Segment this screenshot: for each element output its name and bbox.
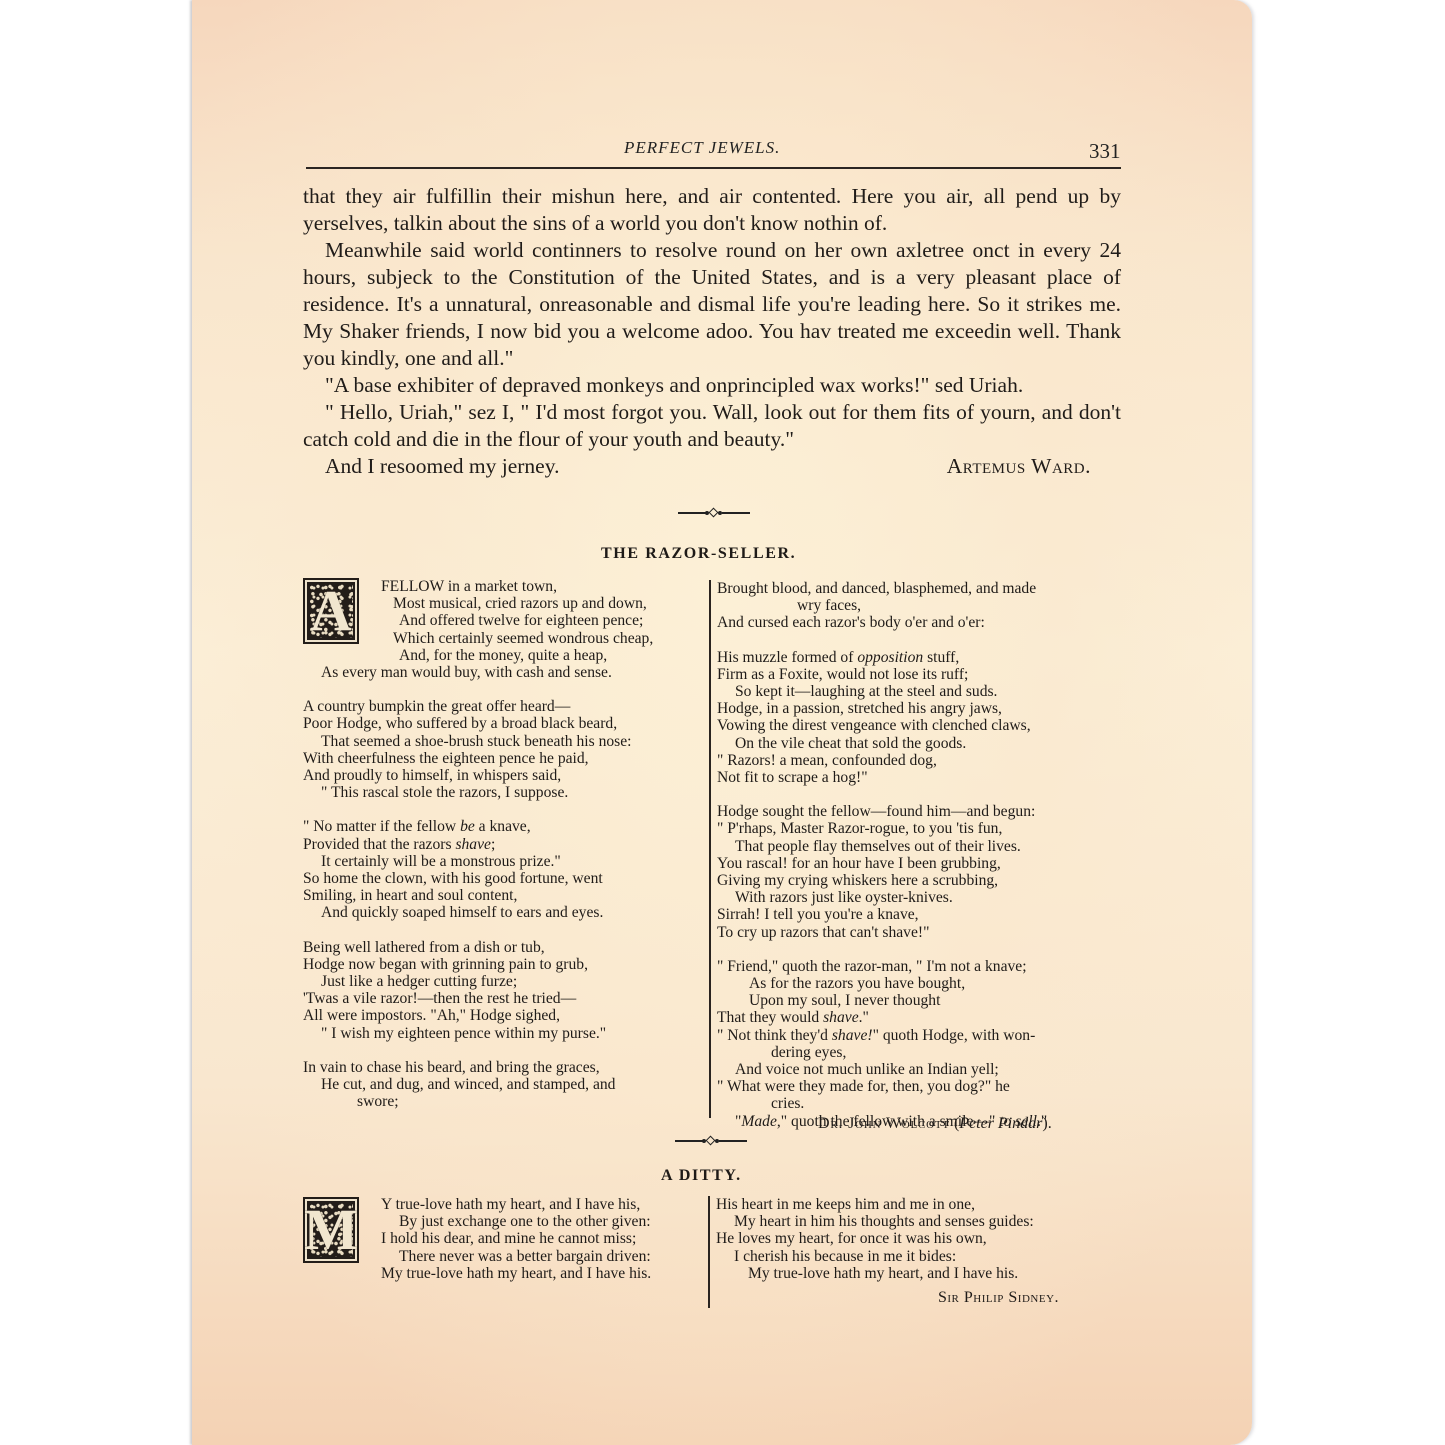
book-page: PERFECT JEWELS. 331 that they air fulfil… <box>192 0 1252 1445</box>
poem-line: Not fit to scrape a hog!" <box>717 769 1122 786</box>
poem-line: Hodge, in a passion, stretched his angry… <box>717 700 1122 717</box>
poem-line: With cheerfulness the eighteen pence he … <box>303 750 703 767</box>
column-divider <box>709 580 711 1118</box>
poem-line: He loves my heart, for once it was his o… <box>716 1230 1121 1247</box>
poem-line: Provided that the razors shave; <box>303 836 703 853</box>
prose-author: Artemus Ward. <box>947 453 1091 480</box>
prose-last-line: And I resoomed my jerney. <box>325 453 559 480</box>
poem-line: So kept it—laughing at the steel and sud… <box>717 683 1122 700</box>
poem-line: " Friend," quoth the razor-man, " I'm no… <box>717 958 1122 975</box>
poem-line: " I wish my eighteen pence within my pur… <box>303 1025 703 1042</box>
poem-line: Hodge sought the fellow—found him—and be… <box>717 803 1122 820</box>
poem-stanza: Hodge sought the fellow—found him—and be… <box>717 803 1122 941</box>
section-title-ditty: A DITTY. <box>661 1167 742 1185</box>
poem-line: Smiling, in heart and soul content, <box>303 887 703 904</box>
poem-line: As for the razors you have bought, <box>717 975 1122 992</box>
poem-line: " This rascal stole the razors, I suppos… <box>303 784 703 801</box>
poem-line: " No matter if the fellow be a knave, <box>303 818 703 835</box>
poem-line: My heart in him his thoughts and senses … <box>716 1213 1121 1230</box>
poem-line: It certainly will be a monstrous prize." <box>303 853 703 870</box>
poem-line: He cut, and dug, and winced, and stamped… <box>303 1076 703 1093</box>
poem-line: FELLOW in a market town, <box>303 578 703 595</box>
poem-line: All were impostors. "Ah," Hodge sighed, <box>303 1007 703 1024</box>
poem-line: There never was a better bargain driven: <box>303 1248 703 1265</box>
poem-line: 'Twas a vile razor!—then the rest he tri… <box>303 990 703 1007</box>
poem-line: Giving my crying whiskers here a scrubbi… <box>717 872 1122 889</box>
poem-line: dering eyes, <box>717 1044 1122 1061</box>
poem-line: My true-love hath my heart, and I have h… <box>716 1265 1121 1282</box>
poem-line: Vowing the direst vengeance with clenche… <box>717 717 1122 734</box>
poem-line: With razors just like oyster-knives. <box>717 889 1122 906</box>
poem-line: My true-love hath my heart, and I have h… <box>303 1265 703 1282</box>
poem-line: Poor Hodge, who suffered by a broad blac… <box>303 715 703 732</box>
poem-line: Sirrah! I tell you you're a knave, <box>717 906 1122 923</box>
poem-line: That they would shave." <box>717 1009 1122 1026</box>
section-title-razor-seller: THE RAZOR-SELLER. <box>601 545 796 563</box>
poem-line: A country bumpkin the great offer heard— <box>303 698 703 715</box>
poem-stanza: Being well lathered from a dish or tub,H… <box>303 939 703 1042</box>
poem-line: So home the clown, with his good fortune… <box>303 870 703 887</box>
poem-line: Being well lathered from a dish or tub, <box>303 939 703 956</box>
razor-seller-attribution: Dr. John Wolcott (Peter Pindar). <box>818 1115 1052 1133</box>
razor-seller-left-column: FELLOW in a market town,Most musical, cr… <box>303 578 703 1127</box>
poem-line: Most musical, cried razors up and down, <box>303 595 703 612</box>
prose-block: that they air fulfillin their mishun her… <box>303 183 1121 480</box>
poem-line: On the vile cheat that sold the goods. <box>717 735 1122 752</box>
poem-line: " Not think they'd shave!" quoth Hodge, … <box>717 1027 1122 1044</box>
poem-line: That seemed a shoe-brush stuck beneath h… <box>303 733 703 750</box>
poem-line: Brought blood, and danced, blasphemed, a… <box>717 580 1122 597</box>
poem-line: That people flay themselves out of their… <box>717 838 1122 855</box>
ditty-right-column: His heart in me keeps him and me in one,… <box>716 1196 1121 1282</box>
poem-line: I cherish his because in me it bides: <box>716 1248 1121 1265</box>
poem-line: Just like a hedger cutting furze; <box>303 973 703 990</box>
poem-line: Upon my soul, I never thought <box>717 992 1122 1009</box>
header-rule <box>306 167 1121 169</box>
poem-line: And proudly to himself, in whispers said… <box>303 767 703 784</box>
poem-line: Firm as a Foxite, would not lose its ruf… <box>717 666 1122 683</box>
poem-line: cries. <box>717 1095 1122 1112</box>
poem-line: swore; <box>303 1093 703 1110</box>
poem-line: " Razors! a mean, confounded dog, <box>717 752 1122 769</box>
poem-line: To cry up razors that can't shave!" <box>717 924 1122 941</box>
poem-stanza: Brought blood, and danced, blasphemed, a… <box>717 580 1122 632</box>
section-ornament <box>675 1137 747 1145</box>
poem-line: In vain to chase his beard, and bring th… <box>303 1059 703 1076</box>
poem-line: As every man would buy, with cash and se… <box>303 664 703 681</box>
ditty-attribution: Sir Philip Sidney. <box>938 1289 1059 1307</box>
section-ornament <box>678 509 750 517</box>
ditty-left-column: Y true-love hath my heart, and I have hi… <box>303 1196 703 1282</box>
poem-stanza: " Friend," quoth the razor-man, " I'm no… <box>717 958 1122 1130</box>
poem-line: By just exchange one to the other given: <box>303 1213 703 1230</box>
prose-paragraph: that they air fulfillin their mishun her… <box>303 183 1121 237</box>
poem-line: Hodge now began with grinning pain to gr… <box>303 956 703 973</box>
running-head: PERFECT JEWELS. <box>624 138 780 158</box>
poem-stanza: " No matter if the fellow be a knave,Pro… <box>303 818 703 921</box>
poem-line: " P'rhaps, Master Razor-rogue, to you 't… <box>717 820 1122 837</box>
poem-line: And, for the money, quite a heap, <box>303 647 703 664</box>
poem-line: wry faces, <box>717 597 1122 614</box>
prose-signoff: And I resoomed my jerney. Artemus Ward. <box>303 453 1121 480</box>
poem-stanza: A country bumpkin the great offer heard—… <box>303 698 703 801</box>
poem-line: And quickly soaped himself to ears and e… <box>303 904 703 921</box>
prose-paragraph: "A base exhibiter of depraved monkeys an… <box>303 372 1121 399</box>
prose-paragraph: Meanwhile said world continners to resol… <box>303 237 1121 372</box>
prose-paragraph: " Hello, Uriah," sez I, " I'd most forgo… <box>303 399 1121 453</box>
poem-line: You rascal! for an hour have I been grub… <box>717 855 1122 872</box>
poem-line: His heart in me keeps him and me in one, <box>716 1196 1121 1213</box>
poem-stanza: FELLOW in a market town,Most musical, cr… <box>303 578 703 681</box>
poem-stanza: His muzzle formed of opposition stuff,Fi… <box>717 649 1122 787</box>
poem-line: And offered twelve for eighteen pence; <box>303 612 703 629</box>
poem-line: " What were they made for, then, you dog… <box>717 1078 1122 1095</box>
poem-line: And cursed each razor's body o'er and o'… <box>717 614 1122 631</box>
poem-stanza: In vain to chase his beard, and bring th… <box>303 1059 703 1111</box>
page-number: 331 <box>1089 139 1121 164</box>
razor-seller-right-column: Brought blood, and danced, blasphemed, a… <box>717 580 1122 1147</box>
column-divider <box>708 1196 710 1308</box>
poem-line: His muzzle formed of opposition stuff, <box>717 649 1122 666</box>
poem-line: And voice not much unlike an Indian yell… <box>717 1061 1122 1078</box>
poem-line: Y true-love hath my heart, and I have hi… <box>303 1196 703 1213</box>
poem-line: I hold his dear, and mine he cannot miss… <box>303 1230 703 1247</box>
poem-line: Which certainly seemed wondrous cheap, <box>303 630 703 647</box>
